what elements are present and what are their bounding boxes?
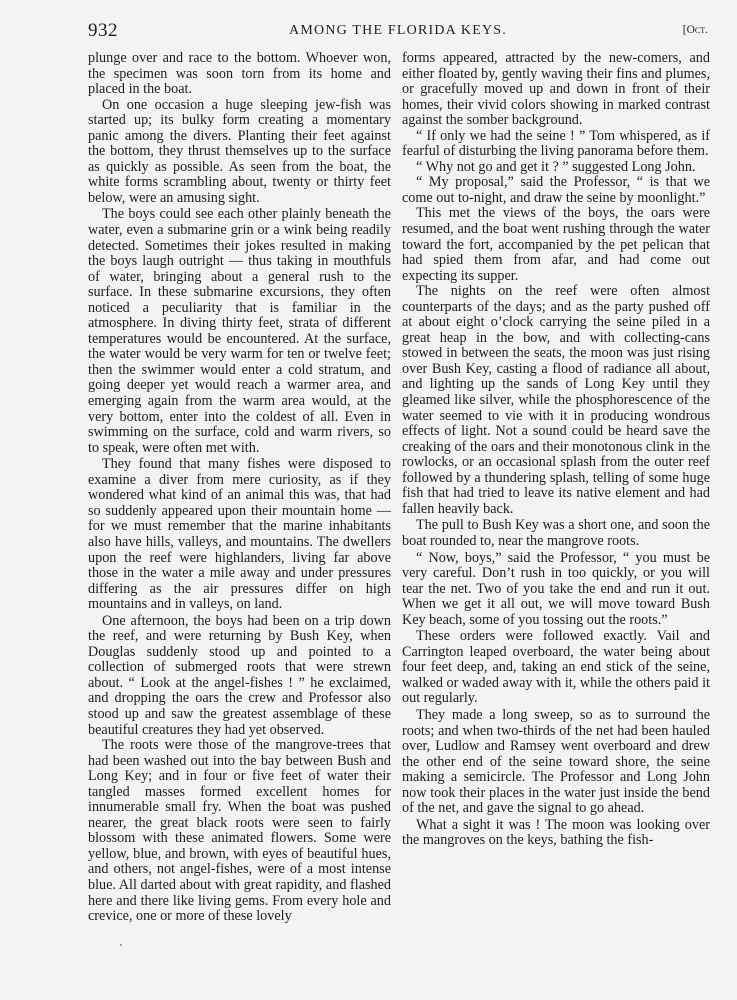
paragraph: The pull to Bush Key was a short one, an…	[402, 518, 710, 549]
paragraph: The roots were those of the mangrove-tre…	[88, 738, 391, 925]
paper-speck	[120, 944, 122, 946]
paragraph: “ If only we had the seine ! ” Tom whisp…	[402, 129, 710, 160]
book-page: 932 AMONG THE FLORIDA KEYS. [Oct. plunge…	[0, 0, 737, 1000]
right-column: forms appeared, attracted by the new-com…	[402, 51, 710, 849]
paragraph: “ Why not go and get it ? ” suggested Lo…	[402, 160, 710, 176]
left-column: plunge over and race to the bottom. Whoe…	[88, 51, 391, 925]
paragraph: forms appeared, attracted by the new-com…	[402, 51, 710, 129]
paragraph: The boys could see each other plainly be…	[88, 207, 391, 456]
paragraph: One afternoon, the boys had been on a tr…	[88, 614, 391, 738]
paragraph: They made a long sweep, so as to surroun…	[402, 708, 710, 817]
paragraph: This met the views of the boys, the oars…	[402, 206, 710, 284]
paragraph: On one occasion a huge sleeping jew-fish…	[88, 98, 391, 207]
paragraph: “ My proposal,” said the Professor, “ is…	[402, 175, 710, 206]
paragraph: These orders were followed exactly. Vail…	[402, 629, 710, 707]
running-title: AMONG THE FLORIDA KEYS.	[88, 23, 708, 39]
running-head: 932 AMONG THE FLORIDA KEYS. [Oct.	[88, 20, 708, 44]
paragraph: The nights on the reef were often almost…	[402, 284, 710, 517]
paragraph: plunge over and race to the bottom. Whoe…	[88, 51, 391, 98]
running-month: [Oct.	[683, 24, 708, 36]
paragraph: What a sight it was ! The moon was looki…	[402, 818, 710, 849]
paragraph: “ Now, boys,” said the Professor, “ you …	[402, 551, 710, 629]
paragraph: They found that many fishes were dispose…	[88, 457, 391, 612]
